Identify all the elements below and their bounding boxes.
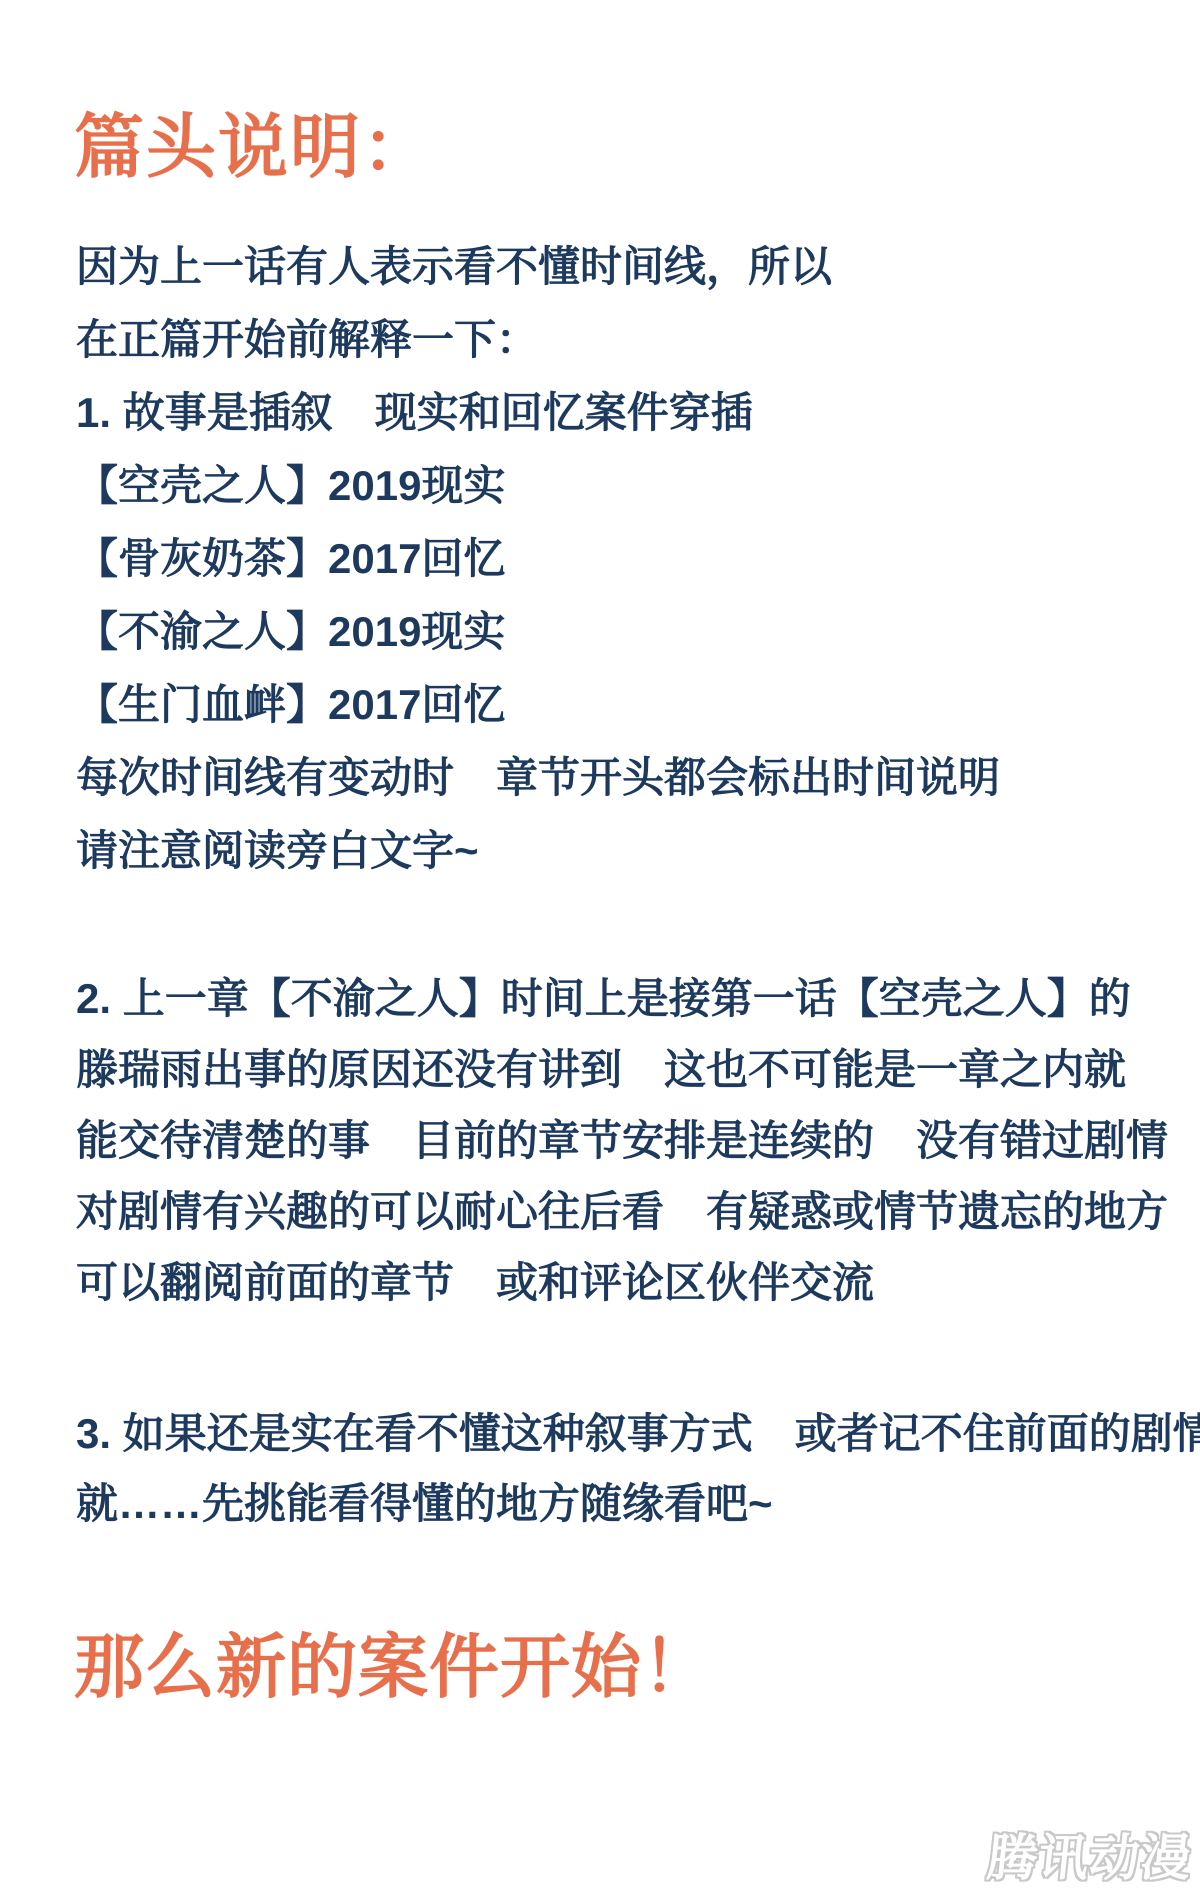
timeline-entry: 【不渝之人】2019现实 bbox=[76, 595, 1160, 668]
text-line: 能交待清楚的事 目前的章节安排是连续的 没有错过剧情 bbox=[76, 1105, 1160, 1176]
text-line: 可以翻阅前面的章节 或和评论区伙伴交流 bbox=[76, 1247, 1160, 1318]
intro-paragraph: 因为上一话有人表示看不懂时间线，所以 在正篇开始前解释一下： 1. 故事是插叙 … bbox=[76, 230, 1160, 887]
point-2-paragraph: 2. 上一章【不渝之人】时间上是接第一话【空壳之人】的 滕瑞雨出事的原因还没有讲… bbox=[76, 963, 1160, 1318]
text-line: 2. 上一章【不渝之人】时间上是接第一话【空壳之人】的 bbox=[76, 963, 1160, 1034]
tencent-comics-watermark: 腾讯动漫 bbox=[984, 1818, 1196, 1890]
closing-heading: 那么新的案件开始！ bbox=[74, 1632, 713, 1702]
text-line: 在正篇开始前解释一下： bbox=[76, 303, 1160, 376]
comic-notice-page: 篇头说明： 因为上一话有人表示看不懂时间线，所以 在正篇开始前解释一下： 1. … bbox=[0, 0, 1200, 1890]
text-line: 滕瑞雨出事的原因还没有讲到 这也不可能是一章之内就 bbox=[76, 1034, 1160, 1105]
text-line: 对剧情有兴趣的可以耐心往后看 有疑惑或情节遗忘的地方 bbox=[76, 1176, 1160, 1247]
opening-heading: 篇头说明： bbox=[74, 112, 434, 182]
text-line: 就……先挑能看得懂的地方随缘看吧~ bbox=[76, 1469, 1160, 1539]
text-line: 每次时间线有变动时 章节开头都会标出时间说明 bbox=[76, 741, 1160, 814]
timeline-entry: 【骨灰奶茶】2017回忆 bbox=[76, 522, 1160, 595]
point-3-paragraph: 3. 如果还是实在看不懂这种叙事方式 或者记不住前面的剧情 就……先挑能看得懂的… bbox=[76, 1399, 1160, 1539]
timeline-entry: 【空壳之人】2019现实 bbox=[76, 449, 1160, 522]
text-line: 1. 故事是插叙 现实和回忆案件穿插 bbox=[76, 376, 1160, 449]
text-line: 3. 如果还是实在看不懂这种叙事方式 或者记不住前面的剧情 bbox=[76, 1399, 1160, 1469]
text-line: 请注意阅读旁白文字~ bbox=[76, 814, 1160, 887]
text-line: 因为上一话有人表示看不懂时间线，所以 bbox=[76, 230, 1160, 303]
timeline-entry: 【生门血衅】2017回忆 bbox=[76, 668, 1160, 741]
